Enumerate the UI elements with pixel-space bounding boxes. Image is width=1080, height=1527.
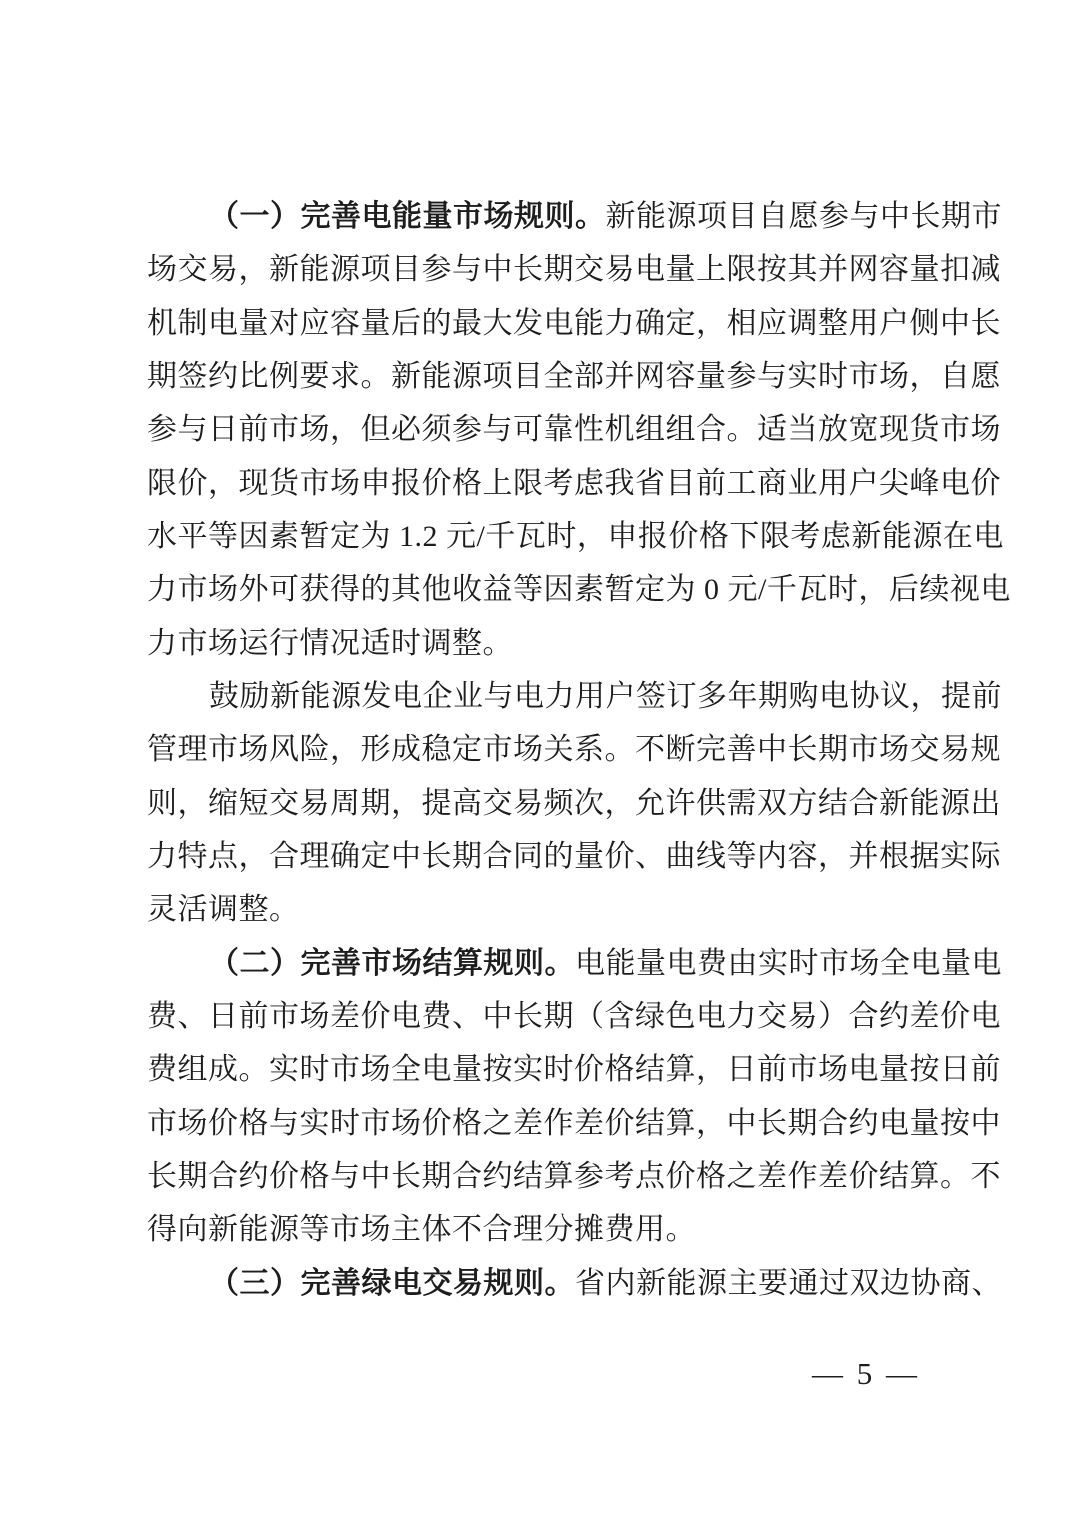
document-body: （一）完善电能量市场规则。新能源项目自愿参与中长期市场交易，新能源项目参与中长期… xyxy=(147,190,937,1310)
text-line: 力市场运行情况适时调整。 xyxy=(147,617,937,670)
text-line: 机制电量对应容量后的最大发电能力确定，相应调整用户侧中长 xyxy=(147,297,937,350)
text-line: （二）完善市场结算规则。电能量电费由实时市场全电量电 xyxy=(147,937,937,990)
text-line: 力特点，合理确定中长期合同的量价、曲线等内容，并根据实际 xyxy=(147,830,937,883)
section-heading: （一）完善电能量市场规则。 xyxy=(209,200,606,233)
text-line: （三）完善绿电交易规则。省内新能源主要通过双边协商、 xyxy=(147,1257,937,1310)
text-line: 水平等因素暂定为 1.2 元/千瓦时，申报价格下限考虑新能源在电 xyxy=(147,510,937,563)
text-line: 市场价格与实时市场价格之差作差价结算，中长期合约电量按中 xyxy=(147,1097,937,1150)
text-line: 长期合约价格与中长期合约结算参考点价格之差作差价结算。不 xyxy=(147,1150,937,1203)
text-line: 参与日前市场，但必须参与可靠性机组组合。适当放宽现货市场 xyxy=(147,403,937,456)
text-line: 则，缩短交易周期，提高交易频次，允许供需双方结合新能源出 xyxy=(147,777,937,830)
text-line: （一）完善电能量市场规则。新能源项目自愿参与中长期市 xyxy=(147,190,937,243)
text-line: 鼓励新能源发电企业与电力用户签订多年期购电协议，提前 xyxy=(147,670,937,723)
text-line: 管理市场风险，形成稳定市场关系。不断完善中长期市场交易规 xyxy=(147,723,937,776)
text-line: 灵活调整。 xyxy=(147,883,937,936)
text-line: 费、日前市场差价电费、中长期（含绿色电力交易）合约差价电 xyxy=(147,990,937,1043)
document-page: （一）完善电能量市场规则。新能源项目自愿参与中长期市场交易，新能源项目参与中长期… xyxy=(0,0,1080,1527)
text-line: 场交易，新能源项目参与中长期交易电量上限按其并网容量扣减 xyxy=(147,243,937,296)
text-line: 限价，现货市场申报价格上限考虑我省目前工商业用户尖峰电价 xyxy=(147,457,937,510)
page-number: — 5 — xyxy=(812,1356,920,1392)
section-heading: （二）完善市场结算规则。 xyxy=(209,947,575,980)
text-line: 费组成。实时市场全电量按实时价格结算，日前市场电量按日前 xyxy=(147,1043,937,1096)
text-line: 期签约比例要求。新能源项目全部并网容量参与实时市场，自愿 xyxy=(147,350,937,403)
section-heading: （三）完善绿电交易规则。 xyxy=(209,1267,575,1300)
text-line: 得向新能源等市场主体不合理分摊费用。 xyxy=(147,1203,937,1256)
text-line: 力市场外可获得的其他收益等因素暂定为 0 元/千瓦时，后续视电 xyxy=(147,563,937,616)
